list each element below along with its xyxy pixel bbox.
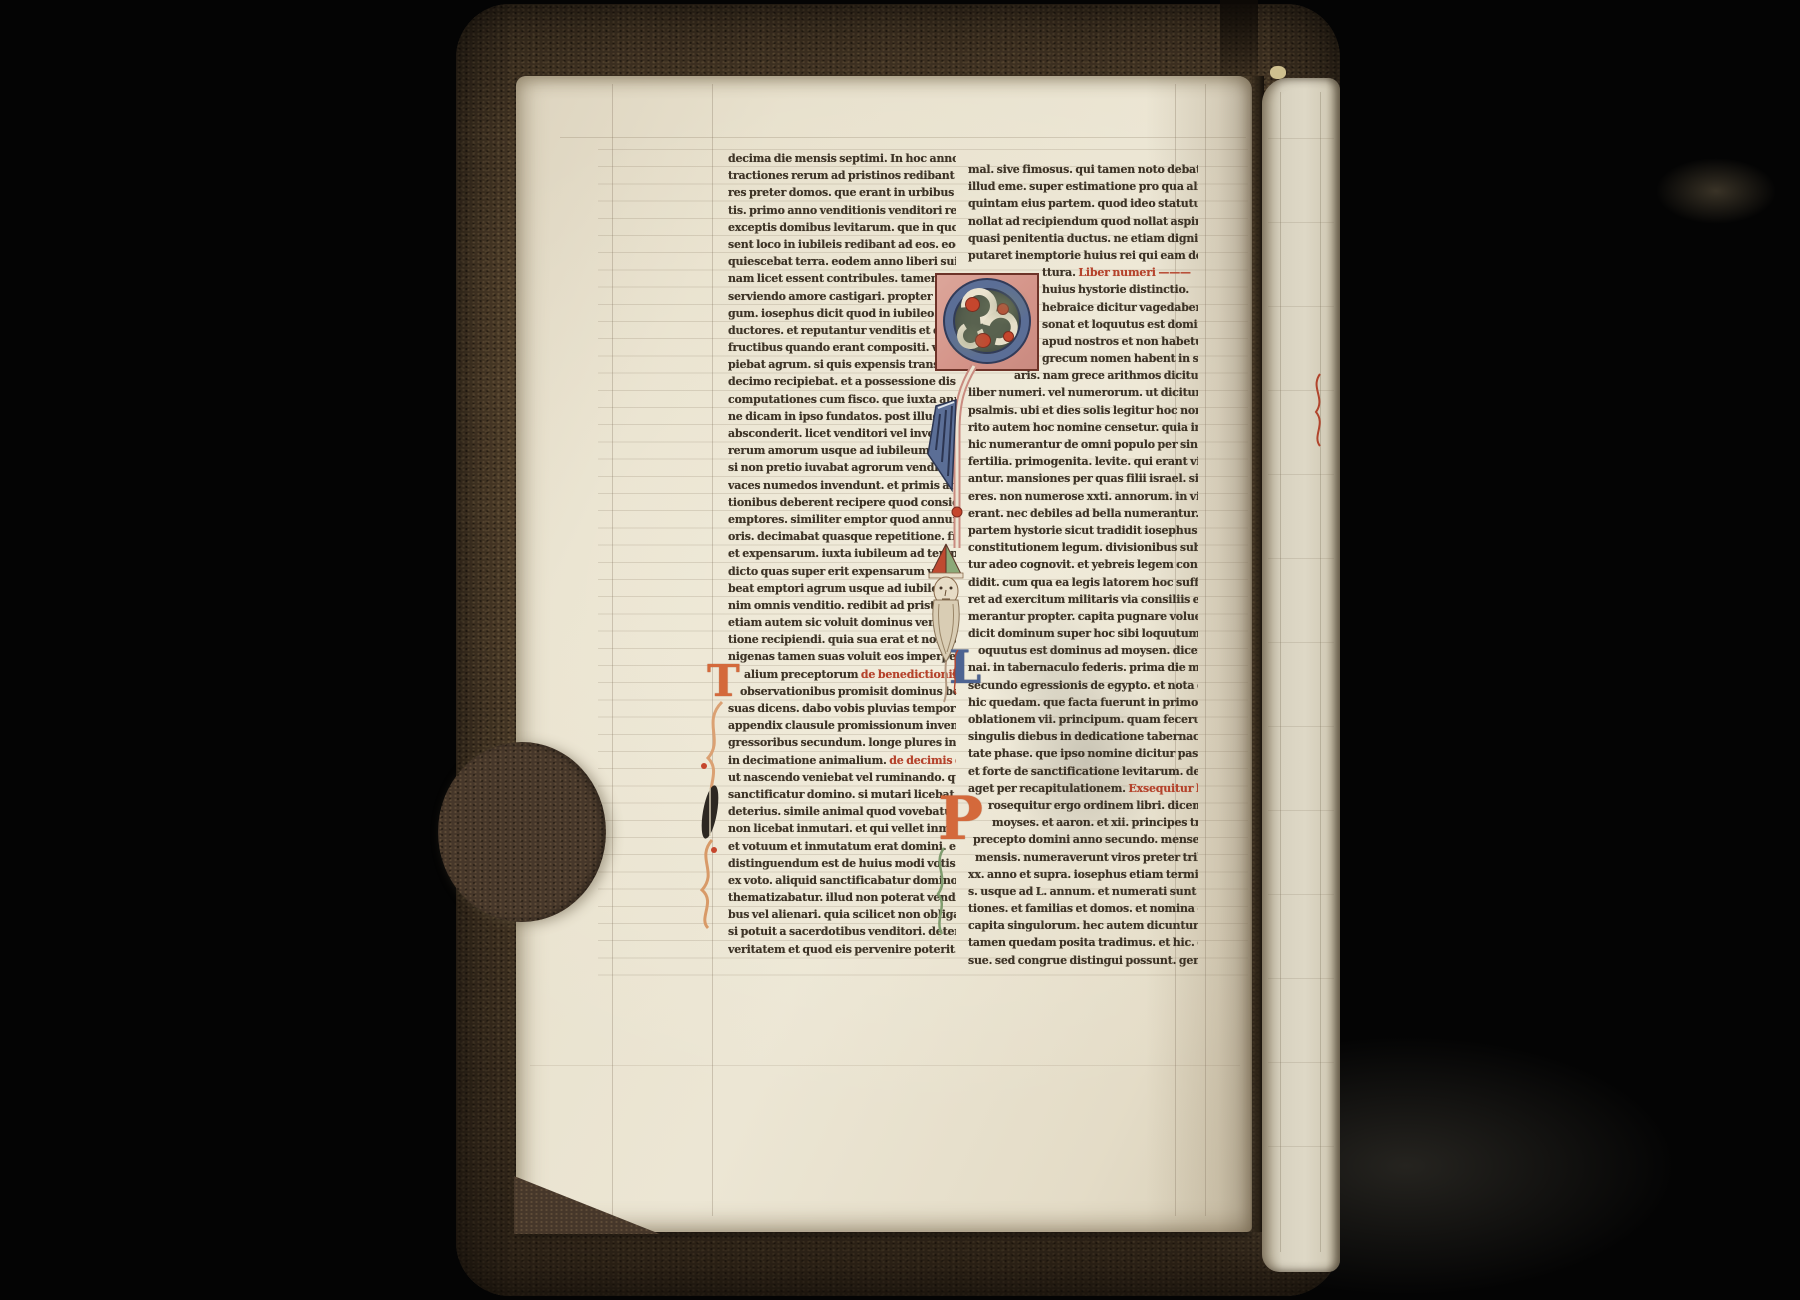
manuscript-text-line: psalmis. ubi et dies solis legitur hoc n… xyxy=(968,404,1198,421)
ruling-line-vertical xyxy=(612,84,613,1216)
next-folio-edge xyxy=(1262,78,1340,1272)
manuscript-text-line: erant. nec debiles ad bella numerantur. … xyxy=(968,507,1198,524)
manuscript-text-line: singulis diebus in dedicatione tabernacu… xyxy=(968,730,1198,747)
vine-scroll xyxy=(954,319,987,352)
manuscript-text-line: secundo egressionis de egypto. et nota q… xyxy=(968,679,1198,696)
manuscript-text-line: et forte de sanctificatione levitarum. d… xyxy=(968,765,1198,782)
rubric-text: Exsequitur hystorie xyxy=(1128,782,1198,795)
manuscript-text-line: constitutionem legum. divisionibus sub s… xyxy=(968,541,1198,558)
manuscript-text-line: rosequitur ergo ordinem libri. dicemus q… xyxy=(968,799,1198,816)
manuscript-text-line: illud eme. super estimatione pro qua ali… xyxy=(968,180,1198,197)
manuscript-text-line: s. usque ad L. annum. et numerati sunt p… xyxy=(968,885,1198,902)
rubric-text: Liber numeri ——— xyxy=(1078,266,1190,279)
manuscript-photograph: decima die mensis septimi. In hoc anno o… xyxy=(0,0,1800,1300)
red-berry-dot xyxy=(997,303,1009,315)
manuscript-text-line: veritatem et quod eis pervenire poterit.… xyxy=(728,943,956,960)
illuminated-initial-medallion xyxy=(935,273,1039,371)
initial-P: P xyxy=(938,784,983,854)
manuscript-text-line: gressoribus secundum. longe plures ingem… xyxy=(728,736,956,753)
manuscript-text-line: in decimatione animalium. de decimis que… xyxy=(728,754,956,771)
manuscript-text-line: aget per recapitulationem. Exsequitur hy… xyxy=(968,782,1198,799)
vine-scroll xyxy=(954,281,1005,332)
folio-ruling-grid xyxy=(1268,138,1334,1198)
manuscript-text-line: moyses. et aaron. et xii. principes trib… xyxy=(968,816,1198,833)
manuscript-text-line: quintam eius partem. quod ideo statutum … xyxy=(968,197,1198,214)
margin-flourish xyxy=(688,700,732,930)
gutter-shadow-top xyxy=(1220,0,1258,82)
manuscript-text-line: tamen quedam posita tradimus. et hic. et… xyxy=(968,936,1198,953)
manuscript-text-line: non licebat inmutari. et qui vellet inmu… xyxy=(728,822,956,839)
ruling-line-horizontal xyxy=(530,1065,1240,1066)
initial-P-flourish xyxy=(930,846,952,936)
manuscript-text-line: nollat ad recipiendum quod nollat aspira… xyxy=(968,215,1198,232)
manuscript-text-line: ut nascendo veniebat vel ruminando. quod… xyxy=(728,771,956,788)
manuscript-text-line: fertilia. primogenita. levite. qui erant… xyxy=(968,455,1198,472)
manuscript-text-line: oblationem vii. principum. quam fecerunt… xyxy=(968,713,1198,730)
manuscript-text-line: res preter domos. que erant in urbibus m… xyxy=(728,186,956,203)
mitre-left xyxy=(930,544,946,576)
initial-L-flourish xyxy=(944,646,964,696)
manuscript-text-line: mensis. numeraverunt viros preter tribum… xyxy=(968,851,1198,868)
manuscript-text-line: capita singulorum. hec autem dicuntur ad… xyxy=(968,919,1198,936)
manuscript-text-line: thematizabatur. illud non poterat vendit… xyxy=(728,891,956,908)
manuscript-text-line: tur adeo cognovit. et yebreis legem cont… xyxy=(968,558,1198,575)
manuscript-text-line: aris. nam grece arithmos dicitur. latinu… xyxy=(968,369,1198,386)
manuscript-text-line: putaret inemptorie huius rei qui eam ded… xyxy=(968,249,1198,266)
manuscript-text-line: decima die mensis septimi. In hoc anno o… xyxy=(728,152,956,169)
initial-ring xyxy=(945,280,1029,362)
manuscript-text-line: tiones. et familias et domos. et nomina … xyxy=(968,902,1198,919)
manuscript-text-line: antur. mansiones per quas filii israel. … xyxy=(968,472,1198,489)
manuscript-text-line: sue. sed congrue distingui possunt. gene… xyxy=(968,954,1198,971)
manuscript-text-line: sent loco in iubileis redibant ad eos. e… xyxy=(728,238,956,255)
manuscript-text-line: ex voto. aliquid sanctificabatur domino.… xyxy=(728,874,956,891)
staff-knot xyxy=(952,507,962,517)
manuscript-text-line: tis. primo anno venditionis venditori re… xyxy=(728,204,956,221)
rubric-text: de decimis que notantur xyxy=(889,754,956,767)
manuscript-text-line: hic quedam. que facta fuerunt in primo m… xyxy=(968,696,1198,713)
manuscript-text-line: liber numeri. vel numerorum. ut dicitur … xyxy=(968,386,1198,403)
red-pen-flourish xyxy=(1306,372,1332,448)
ruling-line-vertical xyxy=(1205,84,1206,1216)
folio-corner-nub xyxy=(1270,66,1286,79)
manuscript-text-line: sanctificatur domino. si mutari licebat … xyxy=(728,788,956,805)
manuscript-text-line: xx. anno et supra. iosephus etiam termin… xyxy=(968,868,1198,885)
red-berry-dot xyxy=(965,297,980,312)
manuscript-text-line: nam licet essent contribules. tamen eos … xyxy=(728,272,956,289)
manuscript-text-line: eres. non numerose xxti. annorum. in vig… xyxy=(968,490,1198,507)
manuscript-text-line: bus vel alienari. quia scilicet non obli… xyxy=(728,908,956,925)
manuscript-text-line: merantur propter. capita pugnare volueru… xyxy=(968,610,1198,627)
manuscript-text-line: oquutus est dominus ad moysen. dicens. i… xyxy=(968,644,1198,661)
red-berry-dot xyxy=(1003,331,1014,342)
parchment-hole xyxy=(438,742,606,922)
manuscript-text-line: tate phase. que ipso nomine dicitur pasc… xyxy=(968,747,1198,764)
manuscript-text-line: partem hystorie sicut tradidit iosephus.… xyxy=(968,524,1198,541)
mitre-right xyxy=(946,544,962,576)
manuscript-text-line: nai. in tabernaculo federis. prima die m… xyxy=(968,661,1198,678)
red-berry-dot xyxy=(975,333,991,348)
manuscript-text-line: ret ad exercitum militaris via consiliis… xyxy=(968,593,1198,610)
manuscript-text-line: dicit dominum super hoc sibi loquutum fu… xyxy=(968,627,1198,644)
manuscript-text-line: exceptis domibus levitarum. que in quocu… xyxy=(728,221,956,238)
manuscript-text-line: gum. iosephus dicit quod in iubileo. ven… xyxy=(728,307,956,324)
manuscript-text-line: appendix clausule promissionum inveniunt… xyxy=(728,719,956,736)
manuscript-text-line: precepto domini anno secundo. mense secu… xyxy=(968,833,1198,850)
manuscript-text-line: tractiones rerum ad pristinos redibant p… xyxy=(728,169,956,186)
manuscript-text-line: deterius. simile animal quod vovebatur d… xyxy=(728,805,956,822)
ruling-line-horizontal xyxy=(560,137,1246,138)
manuscript-text-line: quasi penitentia ductus. ne etiam dignio… xyxy=(968,232,1198,249)
manuscript-text-line: distinguendum est de huius modi votis. a… xyxy=(728,857,956,874)
manuscript-text-line: didit. cum qua ea legis latorem hoc suff… xyxy=(968,576,1198,593)
manuscript-text-line: et votuum et inmutatum erat domini. ergo xyxy=(728,840,956,857)
manuscript-text-line: si potuit a sacerdotibus venditori. dete… xyxy=(728,925,956,942)
manuscript-text-line: fructibus quando erant compositi. vendit… xyxy=(728,341,956,358)
manuscript-text-line: ductores. et reputantur venditis et expe… xyxy=(728,324,956,341)
vine-scroll xyxy=(976,304,1024,351)
manuscript-text-line: quiescebat terra. eodem anno liberi sui … xyxy=(728,255,956,272)
manuscript-text-line: mal. sive fimosus. qui tamen noto debat … xyxy=(968,163,1198,180)
manuscript-text-line: serviendo amore castigari. propter trans… xyxy=(728,290,956,307)
manuscript-text-line: hic numerantur de omni populo per singul… xyxy=(968,438,1198,455)
discoloration-stain xyxy=(1656,158,1776,224)
initial-tail-staff xyxy=(916,362,986,552)
manuscript-text-line: rito autem hoc nomine censetur. quia in … xyxy=(968,421,1198,438)
ruling-line-vertical xyxy=(712,84,713,1216)
